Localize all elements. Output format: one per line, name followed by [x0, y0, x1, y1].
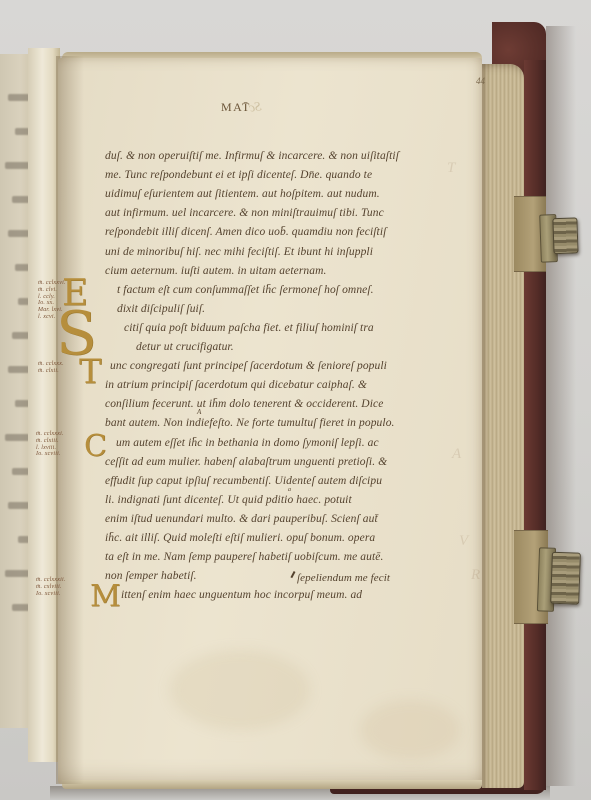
gloss-line: Io. xcviii.: [36, 591, 66, 598]
ghost-text-line: [8, 366, 30, 373]
text-line: aut infirmum. uel incarcere. & non miniſ…: [105, 206, 384, 220]
canon-gloss-block: m̄. cclxxxi. m̄. clxiii. l. lxviii. Io. …: [36, 431, 64, 458]
interlinear-insertion: ſepeliendum me fecit: [297, 571, 390, 585]
gutter-shadow: [56, 56, 84, 784]
gloss-line: m̄. cclxxxii.: [36, 577, 66, 584]
text-line: dixit diſcipuliſ ſuiſ.: [117, 302, 205, 316]
showthrough-letter: T: [447, 160, 455, 177]
text-line: effudit ſup caput ipſiuſ recumbentiſ. Ui…: [105, 474, 382, 488]
text-line: t factum eſt cum conſummaſſet ih̄c ſermo…: [117, 283, 374, 297]
page-stain: [360, 700, 460, 760]
gloss-line: m̄. clxiii.: [36, 438, 64, 445]
running-header: MAT̄: [221, 100, 251, 115]
gloss-line: m̄. cclxxxi.: [36, 431, 64, 438]
text-line: uni de minoribuſ hiſ. nec mihi feciſtiſ.…: [105, 245, 373, 259]
showthrough-letter: V: [459, 533, 468, 550]
metal-clasp-bottom: [537, 547, 581, 610]
page-stain: [170, 650, 310, 730]
leather-cover-right: [524, 60, 546, 790]
text-line: cium aeternum. iuſti autem. in uitam aet…: [105, 264, 326, 278]
illuminated-initial-C: C: [84, 432, 107, 462]
text-line: detur ut crucifigatur.: [136, 340, 234, 354]
fore-edge-page-stack: [482, 64, 524, 788]
text-line: conſilium fecerunt. ut ih̄m dolo teneren…: [105, 397, 383, 411]
text-line: reſpondebit illiſ dicenſ. Amen dico uob̄…: [105, 225, 386, 239]
ghost-text-line: [8, 502, 30, 509]
illuminated-initial-M: M: [90, 582, 121, 612]
text-line: um autem eſſet ih̄c in bethania in domo …: [116, 436, 379, 450]
clasp-hinge: [552, 217, 578, 254]
metal-clasp-top: [539, 213, 579, 260]
text-line: uidimuſ eſurientem aut ſitientem. aut ho…: [105, 187, 380, 201]
ghost-text-line: [5, 434, 30, 441]
text-line: ta eſt in me. Nam ſemp paupereſ habetiſ …: [105, 550, 383, 564]
gloss-line: l. lxviii.: [36, 445, 64, 452]
text-line: unc congregati ſunt principeſ ſacerdotum…: [110, 359, 387, 373]
text-line: in atrium principiſ ſacerdotum qui diceb…: [105, 378, 367, 392]
ghost-text-line: [8, 94, 30, 101]
correction-mark: a: [288, 487, 291, 493]
text-line: duſ. & non operuiſtiſ me. Infirmuſ & inc…: [105, 149, 399, 163]
ghost-text-line: [8, 230, 30, 237]
page-stack-bottom-edge: [62, 780, 482, 789]
text-line: ih̄c. ait illiſ. Quid moleſti eſtiſ muli…: [105, 531, 375, 545]
gloss-line: m̄. cxlviii.: [36, 584, 66, 591]
text-line: ittenſ enim haec unguentum hoc incorpuſ …: [121, 588, 362, 602]
text-line: non ſemper habetiſ.: [105, 569, 197, 583]
ghost-text-line: [5, 570, 30, 577]
gloss-line: Io. xcviii.: [36, 451, 64, 458]
clasp-hinge: [550, 552, 581, 605]
text-line: li. indignati ſunt dicenteſ. Ut quid pdi…: [105, 493, 352, 507]
folio-number: 44: [476, 76, 485, 86]
correction-mark: A: [197, 408, 201, 416]
text-line: ceſſit ad eum mulier. habenſ alabaſtrum …: [105, 455, 387, 469]
text-line: bant autem. Non indiefeſto. Ne forte tum…: [105, 416, 395, 430]
book-shadow-right: [546, 26, 576, 786]
showthrough-letter: R: [471, 567, 480, 584]
manuscript-photo: 44 Sc MAT̄ m̄. cclxxvi. m̄. clvi. l. ccl…: [0, 0, 591, 800]
text-line: me. Tunc reſpondebunt ei et ipſi dicente…: [105, 168, 372, 182]
showthrough-letter: A: [452, 446, 461, 463]
text-line: enim iſtud uenundari multo. & dari paupe…: [105, 512, 378, 526]
illuminated-initial-T: T: [79, 355, 102, 389]
ghost-text-line: [5, 162, 30, 169]
canon-gloss-block: m̄. cclxxxii. m̄. cxlviii. Io. xcviii.: [36, 577, 66, 597]
text-line: citiſ quia poſt biduum paſcha fiet. et f…: [124, 321, 374, 335]
